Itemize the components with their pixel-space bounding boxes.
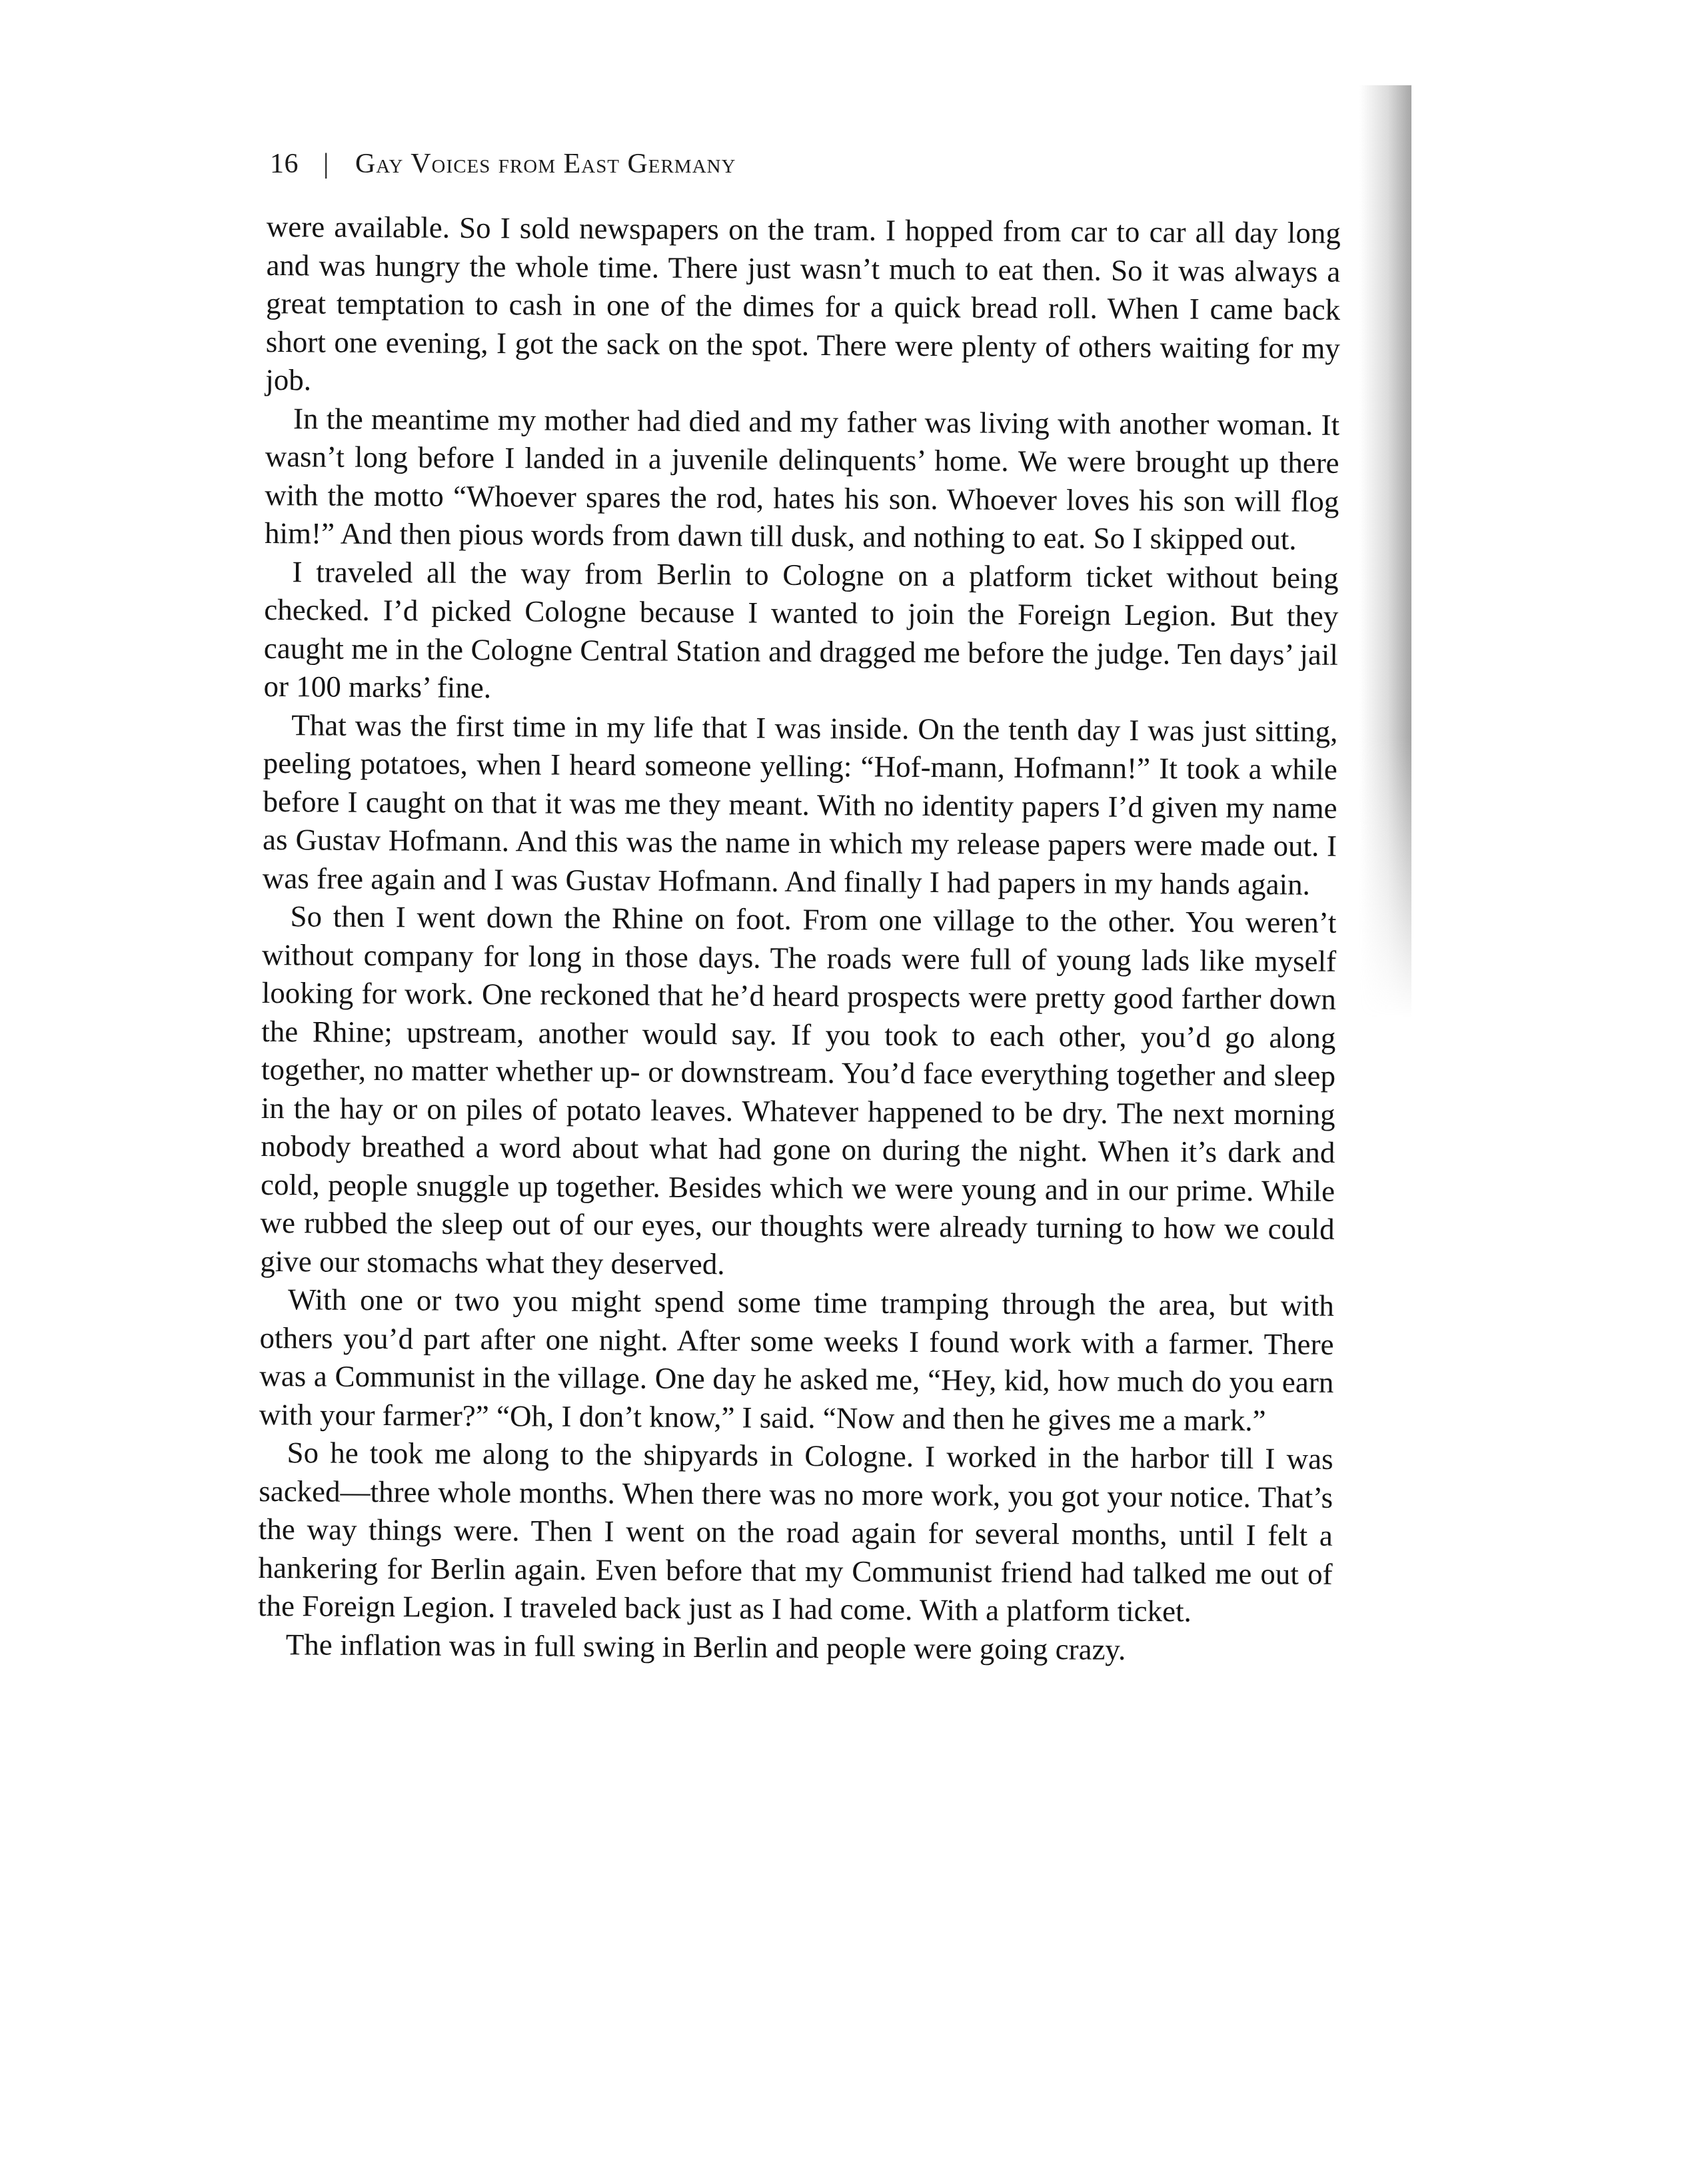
running-head: 16 | Gay Voices from East Germany <box>270 148 736 180</box>
paragraph-5: So then I went down the Rhine on foot. F… <box>260 897 1336 1287</box>
paragraph-3: I traveled all the way from Berlin to Co… <box>263 552 1338 712</box>
paragraph-8: The inflation was in full swing in Berli… <box>258 1625 1332 1670</box>
paragraph-4: That was the first time in my life that … <box>263 706 1338 903</box>
book-title: Gay Voices from East Germany <box>355 149 736 179</box>
paragraph-6: With one or two you might spend some tim… <box>259 1281 1334 1440</box>
body-text: were available. So I sold newspapers on … <box>258 208 1341 1670</box>
paragraph-7: So he took me along to the shipyards in … <box>258 1434 1333 1632</box>
book-page: 16 | Gay Voices from East Germany were a… <box>0 0 1688 2184</box>
page-number: 16 <box>270 149 299 179</box>
header-separator: | <box>323 149 329 179</box>
binding-shadow <box>1359 85 1411 1018</box>
paragraph-1: were available. So I sold newspapers on … <box>265 208 1341 406</box>
paragraph-2: In the meantime my mother had died and m… <box>265 399 1339 559</box>
